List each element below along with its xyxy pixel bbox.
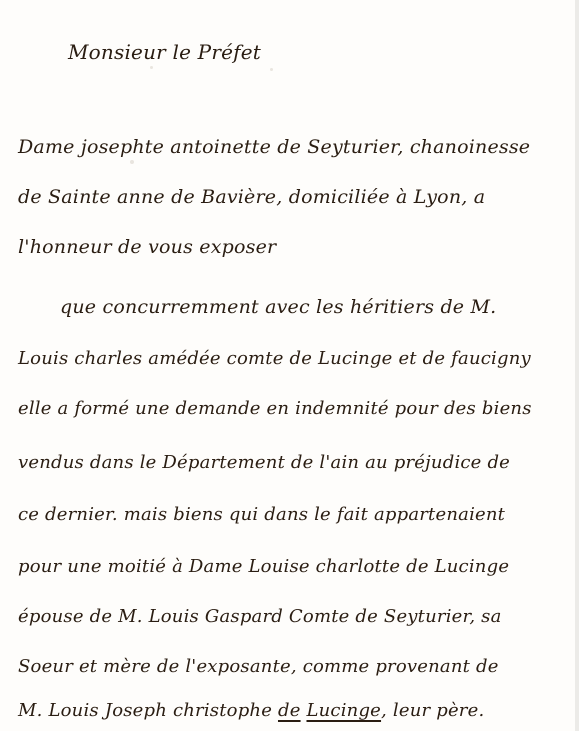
last-line-end: , leur père. [381, 700, 484, 721]
text-line-3: l'honneur de vous exposer [18, 236, 276, 258]
underlined-particle: de [278, 700, 301, 721]
text-line-10: épouse de M. Louis Gaspard Comte de Seyt… [18, 606, 502, 627]
paper-speck [130, 160, 134, 164]
text-line-6: elle a formé une demande en indemnité po… [18, 398, 532, 419]
paper-speck [150, 66, 153, 69]
text-line-1: Dame josephte antoinette de Seyturier, c… [18, 136, 530, 158]
manuscript-page: Monsieur le Préfet Dame josephte antoine… [0, 0, 579, 731]
text-line-9: pour une moitié à Dame Louise charlotte … [18, 556, 509, 577]
underlined-surname: Lucinge [306, 700, 381, 721]
text-line-7: vendus dans le Département de l'ain au p… [18, 452, 510, 473]
last-line-start: M. Louis Joseph christophe [18, 700, 278, 721]
text-line-8: ce dernier. mais biens qui dans le fait … [18, 504, 505, 525]
text-line-4: que concurremment avec les héritiers de … [60, 296, 496, 318]
paper-speck [270, 68, 273, 71]
text-line-2: de Sainte anne de Bavière, domiciliée à … [18, 186, 485, 208]
text-line-11: Soeur et mère de l'exposante, comme prov… [18, 656, 499, 677]
salutation: Monsieur le Préfet [68, 40, 261, 64]
text-line-12: M. Louis Joseph christophe de Lucinge, l… [18, 700, 484, 721]
text-line-5: Louis charles amédée comte de Lucinge et… [18, 348, 531, 369]
